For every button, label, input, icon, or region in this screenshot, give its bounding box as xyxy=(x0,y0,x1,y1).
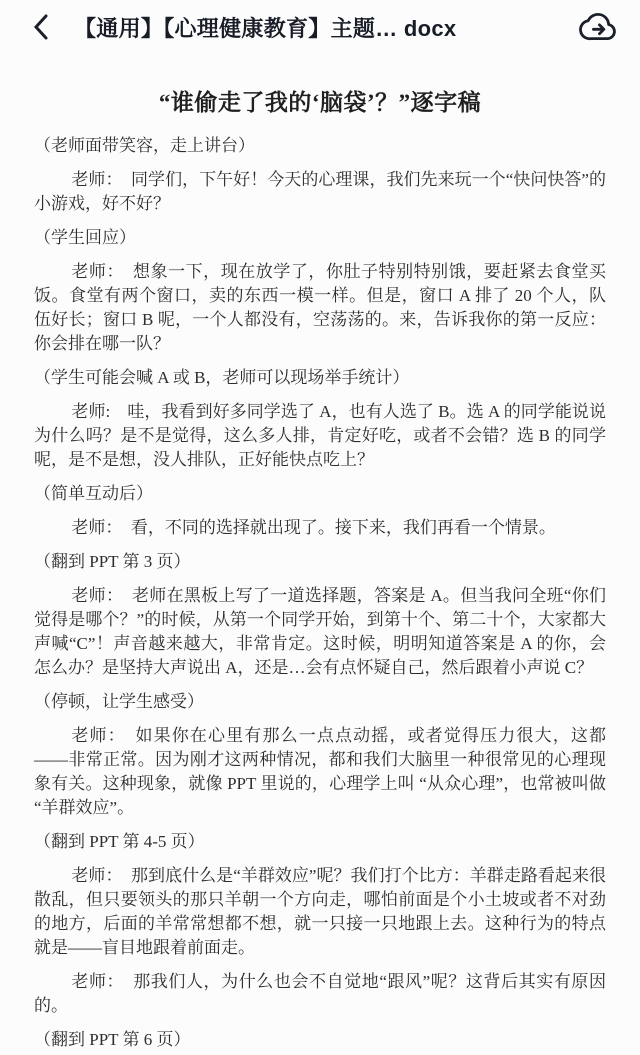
stage-direction: （老师面带笑容，走上讲台） xyxy=(34,134,606,158)
stage-direction: （翻到 PPT 第 6 页） xyxy=(34,1028,606,1052)
cloud-arrow-icon xyxy=(578,9,620,45)
document-viewer-app: 【通用】【心理健康教育】主题… docx “谁偷走了我的‘脑袋’？”逐字稿 （老… xyxy=(0,0,640,1055)
file-title: 【通用】【心理健康教育】主题… docx xyxy=(74,12,568,43)
document-page: “谁偷走了我的‘脑袋’？”逐字稿 （老师面带笑容，走上讲台）老师： 同学们，下午… xyxy=(0,54,640,1055)
stage-direction: （翻到 PPT 第 3 页） xyxy=(34,550,606,574)
share-to-cloud-button[interactable] xyxy=(576,5,622,49)
speech-paragraph: 老师： 想象一下，现在放学了，你肚子特别特别饿，要赶紧去食堂买饭。食堂有两个窗口… xyxy=(34,260,606,356)
document-body: （老师面带笑容，走上讲台）老师： 同学们，下午好！今天的心理课，我们先来玩一个“… xyxy=(34,134,606,1052)
speech-paragraph: 老师： 那我们人，为什么也会不自觉地“跟风”呢？这背后其实有原因的。 xyxy=(34,970,606,1018)
chevron-left-icon xyxy=(29,12,53,42)
speech-paragraph: 老师： 如果你在心里有那么一点点动摇，或者觉得压力很大，这都——非常正常。因为刚… xyxy=(34,724,606,820)
stage-direction: （翻到 PPT 第 4-5 页） xyxy=(34,830,606,854)
back-button[interactable] xyxy=(24,7,58,47)
speech-paragraph: 老师： 看，不同的选择就出现了。接下来，我们再看一个情景。 xyxy=(34,516,606,540)
stage-direction: （停顿，让学生感受） xyxy=(34,690,606,714)
stage-direction: （学生回应） xyxy=(34,226,606,250)
app-header: 【通用】【心理健康教育】主题… docx xyxy=(0,0,640,54)
stage-direction: （学生可能会喊 A 或 B，老师可以现场举手统计） xyxy=(34,366,606,390)
stage-direction: （简单互动后） xyxy=(34,482,606,506)
speech-paragraph: 老师： 老师在黑板上写了一道选择题，答案是 A。但当我问全班“你们觉得是哪个？”… xyxy=(34,584,606,680)
speech-paragraph: 老师: 哇，我看到好多同学选了 A，也有人选了 B。选 A 的同学能说说为什么吗… xyxy=(34,400,606,472)
speech-paragraph: 老师： 那到底什么是“羊群效应”呢？我们打个比方：羊群走路看起来很散乱，但只要领… xyxy=(34,864,606,960)
speech-paragraph: 老师： 同学们，下午好！今天的心理课，我们先来玩一个“快问快答”的小游戏，好不好… xyxy=(34,168,606,216)
document-title: “谁偷走了我的‘脑袋’？”逐字稿 xyxy=(34,86,606,120)
